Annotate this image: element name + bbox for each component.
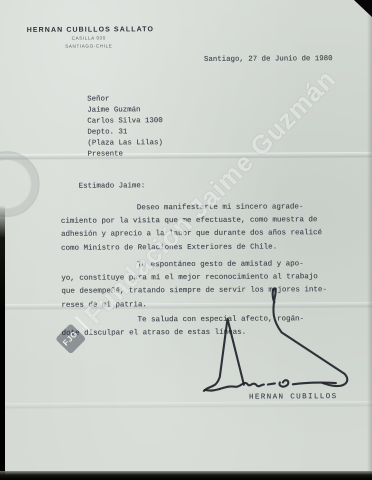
recipient-line: Señor bbox=[87, 94, 162, 105]
scan-edge-left bbox=[0, 205, 5, 480]
recipient-line: Presente bbox=[87, 149, 162, 160]
body-line: dote disculpar el atraso de estas líneas… bbox=[62, 326, 305, 341]
recipient-line: Carlos Silva 1300 bbox=[87, 116, 162, 127]
letter-content: HERNAN CUBILLOS SALLATO CASILLA 930 SANT… bbox=[0, 0, 372, 480]
recipient-line: Jaime Guzmán bbox=[87, 105, 162, 116]
embossed-seal-icon bbox=[0, 151, 40, 217]
letterhead-address-line1: CASILLA 930 bbox=[27, 35, 151, 41]
scanned-letter-page: HERNAN CUBILLOS SALLATO CASILLA 930 SANT… bbox=[0, 0, 372, 480]
body-line: adhesión y aprecio a la labor que durant… bbox=[61, 228, 322, 243]
recipient-line: (Plaza Las Lilas) bbox=[87, 138, 162, 149]
letterhead: HERNAN CUBILLOS SALLATO CASILLA 930 SANT… bbox=[27, 26, 151, 49]
letterhead-address-line2: SANTIAGO-CHILE bbox=[27, 43, 151, 49]
scan-edge-bottom bbox=[0, 471, 372, 480]
body-paragraph-3: Te saluda con especial afecto, rogán- do… bbox=[61, 313, 304, 341]
typed-signature-name: HERNAN CUBILLOS bbox=[249, 393, 338, 402]
recipient-block: Señor Jaime Guzmán Carlos Silva 1300 Dep… bbox=[87, 94, 163, 160]
body-line: reses de mi patria. bbox=[61, 298, 327, 313]
body-line: Te saluda con especial afecto, rogán- bbox=[61, 313, 304, 328]
scan-edge-right bbox=[367, 0, 372, 480]
fold-crease bbox=[1, 401, 372, 409]
body-paragraph-1: Deseo manifestarte mi sincero agrade- ci… bbox=[61, 201, 322, 255]
letterhead-name: HERNAN CUBILLOS SALLATO bbox=[27, 26, 151, 34]
fold-crease bbox=[0, 152, 372, 160]
recipient-line: Depto. 31 bbox=[87, 127, 162, 138]
body-line: como Ministro de Relaciones Exteriores d… bbox=[61, 241, 322, 256]
body-paragraph-2: Tu espontáneo gesto de amistad y apo- yo… bbox=[61, 258, 327, 312]
salutation: Estimado Jaime: bbox=[79, 182, 146, 190]
body-line: que desempeñé, tratando siempre de servi… bbox=[61, 285, 327, 300]
date-line: Santiago, 27 de Junio de 1980 bbox=[204, 55, 333, 64]
